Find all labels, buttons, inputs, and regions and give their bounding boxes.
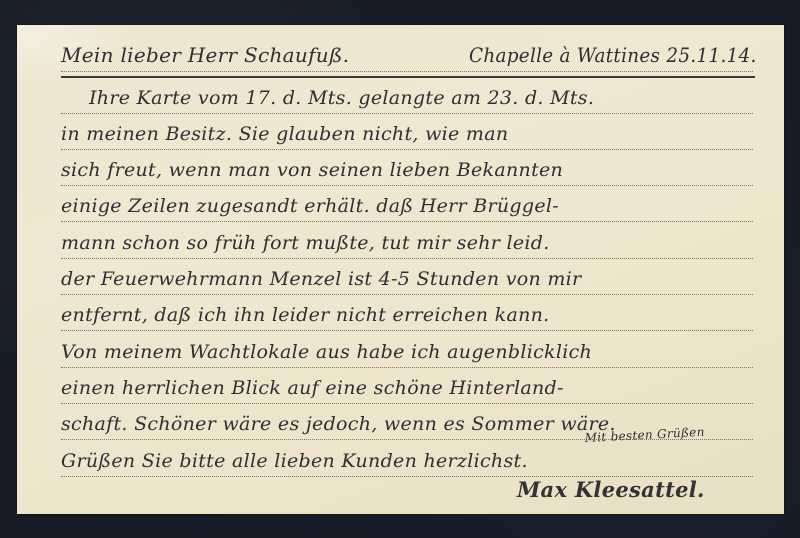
signature: Max Kleesattel. xyxy=(517,477,705,502)
writing-rule xyxy=(61,258,753,259)
writing-rule xyxy=(61,367,753,368)
header-solid-rule xyxy=(61,76,755,78)
writing-rule xyxy=(61,330,753,331)
salutation: Mein lieber Herr Schaufuß. xyxy=(61,43,349,67)
body-line-10: schaft. Schöner wäre es jedoch, wenn es … xyxy=(61,413,616,435)
body-line-5: mann schon so früh fort mußte, tut mir s… xyxy=(61,232,550,254)
body-line-2: in meinen Besitz. Sie glauben nicht, wie… xyxy=(61,123,508,145)
writing-rule xyxy=(61,149,753,150)
writing-rule xyxy=(61,294,753,295)
body-line-8: Von meinem Wachtlokale aus habe ich auge… xyxy=(61,341,592,363)
body-line-4: einige Zeilen zugesandt erhält. daß Herr… xyxy=(61,195,559,217)
header-dotted-rule xyxy=(61,71,753,72)
body-line-6: der Feuerwehrmann Menzel ist 4-5 Stunden… xyxy=(61,268,581,290)
body-line-11: Grüßen Sie bitte alle lieben Kunden herz… xyxy=(61,450,528,472)
writing-rule xyxy=(61,185,753,186)
body-line-7: entfernt, daß ich ihn leider nicht errei… xyxy=(61,304,550,326)
writing-rule xyxy=(61,403,753,404)
writing-rule xyxy=(61,221,753,222)
body-line-1: Ihre Karte vom 17. d. Mts. gelangte am 2… xyxy=(89,87,594,109)
postcard: Mein lieber Herr Schaufuß. Chapelle à Wa… xyxy=(17,25,784,514)
place-date: Chapelle à Wattines 25.11.14. xyxy=(469,43,757,67)
body-line-9: einen herrlichen Blick auf eine schöne H… xyxy=(61,377,564,399)
writing-rule xyxy=(61,113,753,114)
body-line-3: sich freut, wenn man von seinen lieben B… xyxy=(61,159,563,181)
